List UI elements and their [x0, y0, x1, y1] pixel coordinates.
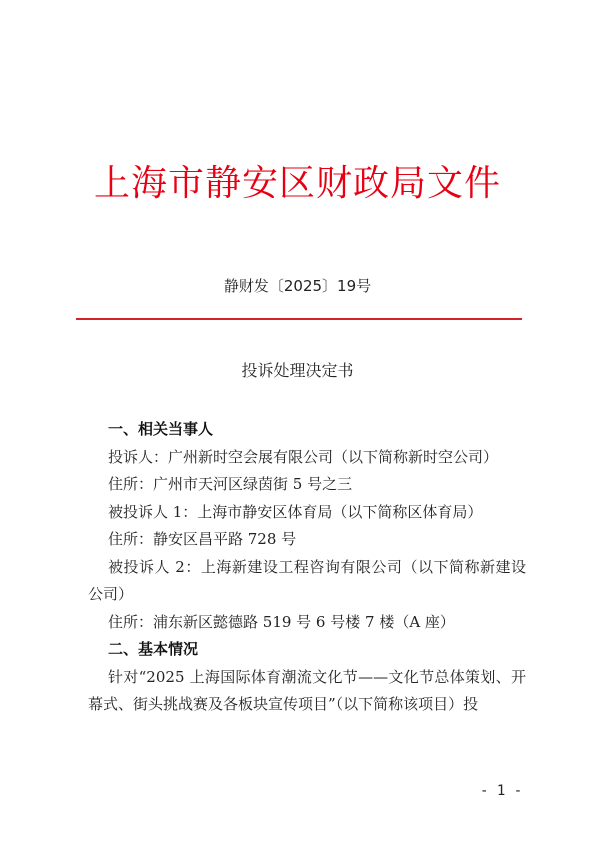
- issuer-red-header: 上海市静安区财政局文件: [0, 160, 595, 208]
- paragraph-basic-info: 针对“2025 上海国际体育潮流文化节——文化节总体策划、开幕式、街头挑战赛及各…: [88, 664, 526, 719]
- paragraph-complainant-address: 住所：广州市天河区绿茵街 5 号之三: [88, 471, 526, 499]
- paragraph-respondent-2-address: 住所：浦东新区懿德路 519 号 6 号楼 7 楼（A 座）: [88, 609, 526, 637]
- paragraph-respondent-2: 被投诉人 2：上海新建设工程咨询有限公司（以下简称新建设公司）: [88, 554, 526, 609]
- paragraph-respondent-1: 被投诉人 1：上海市静安区体育局（以下简称区体育局）: [88, 499, 526, 527]
- red-separator-line: [76, 318, 522, 320]
- section-heading-basic-info: 二、基本情况: [88, 636, 526, 664]
- page-number: - 1 -: [480, 782, 540, 800]
- document-body: 一、相关当事人 投诉人：广州新时空会展有限公司（以下简称新时空公司） 住所：广州…: [88, 416, 526, 719]
- document-page: 上海市静安区财政局文件 静财发〔2025〕19号 投诉处理决定书 一、相关当事人…: [0, 0, 595, 842]
- document-title: 投诉处理决定书: [0, 360, 595, 382]
- document-number: 静财发〔2025〕19号: [0, 276, 595, 296]
- section-heading-parties: 一、相关当事人: [88, 416, 526, 444]
- paragraph-respondent-1-address: 住所：静安区昌平路 728 号: [88, 526, 526, 554]
- paragraph-complainant: 投诉人：广州新时空会展有限公司（以下简称新时空公司）: [88, 444, 526, 472]
